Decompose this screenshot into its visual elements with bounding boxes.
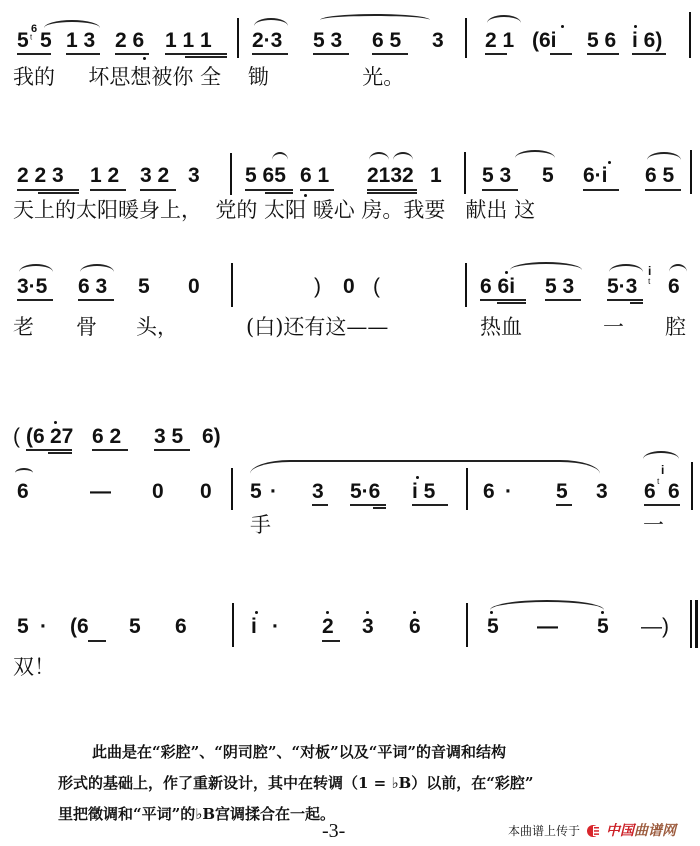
note: 3 <box>362 616 374 638</box>
high-octave-dot <box>413 611 416 614</box>
dash: — <box>537 616 558 638</box>
note: 6) <box>202 426 221 448</box>
page-number: -3- <box>322 820 345 843</box>
note: 6 <box>17 481 29 503</box>
note: 27 <box>50 426 73 448</box>
note: 5 <box>542 165 554 187</box>
note: 2 1 <box>485 30 514 52</box>
note: 2 <box>322 616 334 638</box>
slur <box>19 264 53 272</box>
note: 2 2 3 <box>17 165 64 187</box>
barline <box>689 12 691 58</box>
underline <box>312 504 328 506</box>
barline <box>466 603 468 647</box>
lyric: 一 <box>643 513 664 537</box>
note: 0 <box>188 276 200 298</box>
underline <box>88 640 106 642</box>
dot: · <box>270 481 277 503</box>
note: 6 <box>483 481 495 503</box>
slur <box>487 15 521 23</box>
final-barline-thin <box>690 600 692 648</box>
site-logo-icon <box>586 823 600 837</box>
underline <box>367 192 417 194</box>
watermark-brand-2: 曲谱网 <box>634 820 676 840</box>
high-octave-dot <box>561 25 564 28</box>
note: 2132 <box>367 165 414 187</box>
underline <box>17 53 51 55</box>
note: 6 5 <box>372 30 401 52</box>
grace-mark: ᵗ <box>30 28 32 50</box>
slur <box>647 152 681 160</box>
barline <box>230 153 232 195</box>
slur <box>515 150 555 158</box>
underline <box>480 299 526 301</box>
barline <box>465 18 467 58</box>
paren: ( <box>13 426 20 448</box>
underline <box>644 504 680 506</box>
underline <box>26 449 72 451</box>
tie <box>490 600 604 610</box>
dot: · <box>40 616 47 638</box>
underline <box>154 449 190 451</box>
barline <box>466 468 468 510</box>
note: 6 <box>668 276 680 298</box>
final-barline-thick <box>695 600 698 648</box>
note: 3 <box>188 165 200 187</box>
slur <box>250 460 600 474</box>
high-octave-dot <box>601 611 604 614</box>
dot: · <box>505 481 512 503</box>
footnote-line-1: 此曲是在“彩腔”、“阴司腔”、“对板”以及“平词”的音调和结构 <box>92 737 506 768</box>
note: 3 5 <box>154 426 183 448</box>
note: 6 2 <box>92 426 121 448</box>
underline <box>265 192 293 194</box>
slur <box>669 264 687 272</box>
slur <box>643 451 679 459</box>
note: i 5 <box>412 481 435 503</box>
underline <box>92 449 128 451</box>
underline <box>300 189 334 191</box>
underline <box>115 53 149 55</box>
lyric: 腔 <box>665 315 686 339</box>
footnote-line-2: 形式的基础上，作了重新设计，其中在转调（1 = ♭B）以前，在“彩腔” <box>58 768 533 799</box>
underline <box>497 302 526 304</box>
note: 1 <box>430 165 442 187</box>
note: 2 6 <box>115 30 144 52</box>
dot: · <box>272 616 279 638</box>
underline <box>645 189 681 191</box>
note: 3 <box>312 481 324 503</box>
underline <box>632 53 666 55</box>
note: i <box>251 616 257 638</box>
lyrics-line: 我的 坏思想被你 全 锄 光。 <box>13 65 404 89</box>
note: 2·3 <box>252 30 282 52</box>
paren: ) <box>314 276 321 298</box>
underline <box>373 507 386 509</box>
underline <box>482 189 518 191</box>
underline <box>17 299 53 301</box>
slur <box>393 152 413 160</box>
underline <box>66 53 100 55</box>
low-octave-dot <box>143 57 146 60</box>
note: 5 <box>138 276 150 298</box>
note: 1 2 <box>90 165 119 187</box>
rest: 0 <box>200 481 212 503</box>
barline <box>691 462 693 510</box>
barline <box>465 263 467 307</box>
slur <box>44 20 100 28</box>
grace-mark: ᵗ <box>648 272 651 294</box>
lyric: 热血 <box>480 315 522 339</box>
slur <box>272 152 288 160</box>
note: 6 <box>409 616 421 638</box>
underline <box>372 53 408 55</box>
note: 5 6 <box>587 30 616 52</box>
note: 5 <box>250 481 262 503</box>
underline <box>245 189 293 191</box>
grace-note: i <box>661 459 664 481</box>
underline <box>78 299 114 301</box>
lyric: 双！ <box>13 655 55 679</box>
lyric: 头， <box>136 315 178 339</box>
slur <box>609 264 643 272</box>
note: 5·6 <box>350 481 380 503</box>
underline <box>322 640 340 642</box>
note: 5 <box>556 481 568 503</box>
note: 3 <box>596 481 608 503</box>
barline <box>232 603 234 647</box>
underline <box>185 56 227 58</box>
note: 6 5 <box>645 165 674 187</box>
note: 5 3 <box>482 165 511 187</box>
underline <box>140 189 176 191</box>
underline <box>583 189 619 191</box>
underline <box>17 189 79 191</box>
note: 6 <box>175 616 187 638</box>
rest: 0 <box>152 481 164 503</box>
note: 5 <box>40 30 52 52</box>
note: 5 <box>487 616 499 638</box>
dash-paren: —) <box>641 616 669 638</box>
note: 3 <box>432 30 444 52</box>
high-octave-dot <box>54 421 57 424</box>
slur <box>80 264 114 272</box>
note: (6 <box>26 426 45 448</box>
underline <box>550 53 572 55</box>
underline <box>412 504 448 506</box>
low-octave-dot <box>304 194 307 197</box>
high-octave-dot <box>634 25 637 28</box>
paren: ( <box>373 276 380 298</box>
note: 3 2 <box>140 165 169 187</box>
high-octave-dot <box>366 611 369 614</box>
note: (6 <box>70 616 89 638</box>
watermark-prefix: 本曲谱上传于 <box>508 822 580 839</box>
grace-mark: ᵗ <box>657 472 660 494</box>
underline <box>252 53 288 55</box>
note: 5 3 <box>545 276 574 298</box>
note: 5 65 <box>245 165 286 187</box>
slur <box>320 14 430 20</box>
note: 5·3 <box>607 276 637 298</box>
underline <box>313 53 349 55</box>
note: (6i <box>532 30 557 52</box>
underline <box>545 299 581 301</box>
slur <box>510 262 582 270</box>
note: 5 <box>129 616 141 638</box>
spoken-lyric: (白)还有这—— <box>246 315 388 339</box>
underline <box>587 53 619 55</box>
underline <box>48 452 72 454</box>
high-octave-dot <box>608 161 611 164</box>
underline <box>607 299 643 301</box>
note: 0 <box>343 276 355 298</box>
barline <box>237 18 239 58</box>
note: 6 3 <box>78 276 107 298</box>
underline <box>485 53 507 55</box>
note: 6 <box>668 481 680 503</box>
footnote-line-3: 里把徵调和“平词”的♭B宫调揉合在一起。 <box>58 799 335 830</box>
underline <box>556 504 572 506</box>
underline <box>630 302 643 304</box>
note: 5 <box>17 30 29 52</box>
note: 6·i <box>583 165 608 187</box>
lyric: 老 <box>13 315 34 339</box>
note: 3·5 <box>17 276 47 298</box>
lyric: 一 <box>603 315 624 339</box>
watermark-brand-1: 中国 <box>606 820 634 840</box>
dash: — <box>90 481 111 503</box>
note: 1 1 1 <box>165 30 212 52</box>
note: 5 3 <box>313 30 342 52</box>
note: 6 1 <box>300 165 329 187</box>
underline <box>350 504 386 506</box>
watermark: 本曲谱上传于 中国曲谱网 <box>508 820 676 840</box>
high-octave-dot <box>326 611 329 614</box>
barline <box>231 263 233 307</box>
barline <box>690 150 692 194</box>
high-octave-dot <box>416 476 419 479</box>
underline <box>90 189 126 191</box>
slur <box>369 152 389 160</box>
note: 1 3 <box>66 30 95 52</box>
underline <box>165 53 227 55</box>
slur <box>15 468 33 473</box>
note: 6 6i <box>480 276 515 298</box>
underline <box>38 192 79 194</box>
lyric: 手 <box>250 513 271 537</box>
barline <box>464 152 466 194</box>
high-octave-dot <box>255 611 258 614</box>
note: 5 <box>597 616 609 638</box>
high-octave-dot <box>505 271 508 274</box>
note: i 6) <box>632 30 662 52</box>
lyric: 骨 <box>76 315 97 339</box>
note: 6 <box>644 481 656 503</box>
barline <box>231 468 233 510</box>
slur <box>254 18 288 26</box>
underline <box>367 189 417 191</box>
high-octave-dot <box>490 611 493 614</box>
lyrics-line: 天上的太阳暖身上， 党的 太阳 暖心 房。我要 献出 这 <box>13 198 535 222</box>
note: 5 <box>17 616 29 638</box>
